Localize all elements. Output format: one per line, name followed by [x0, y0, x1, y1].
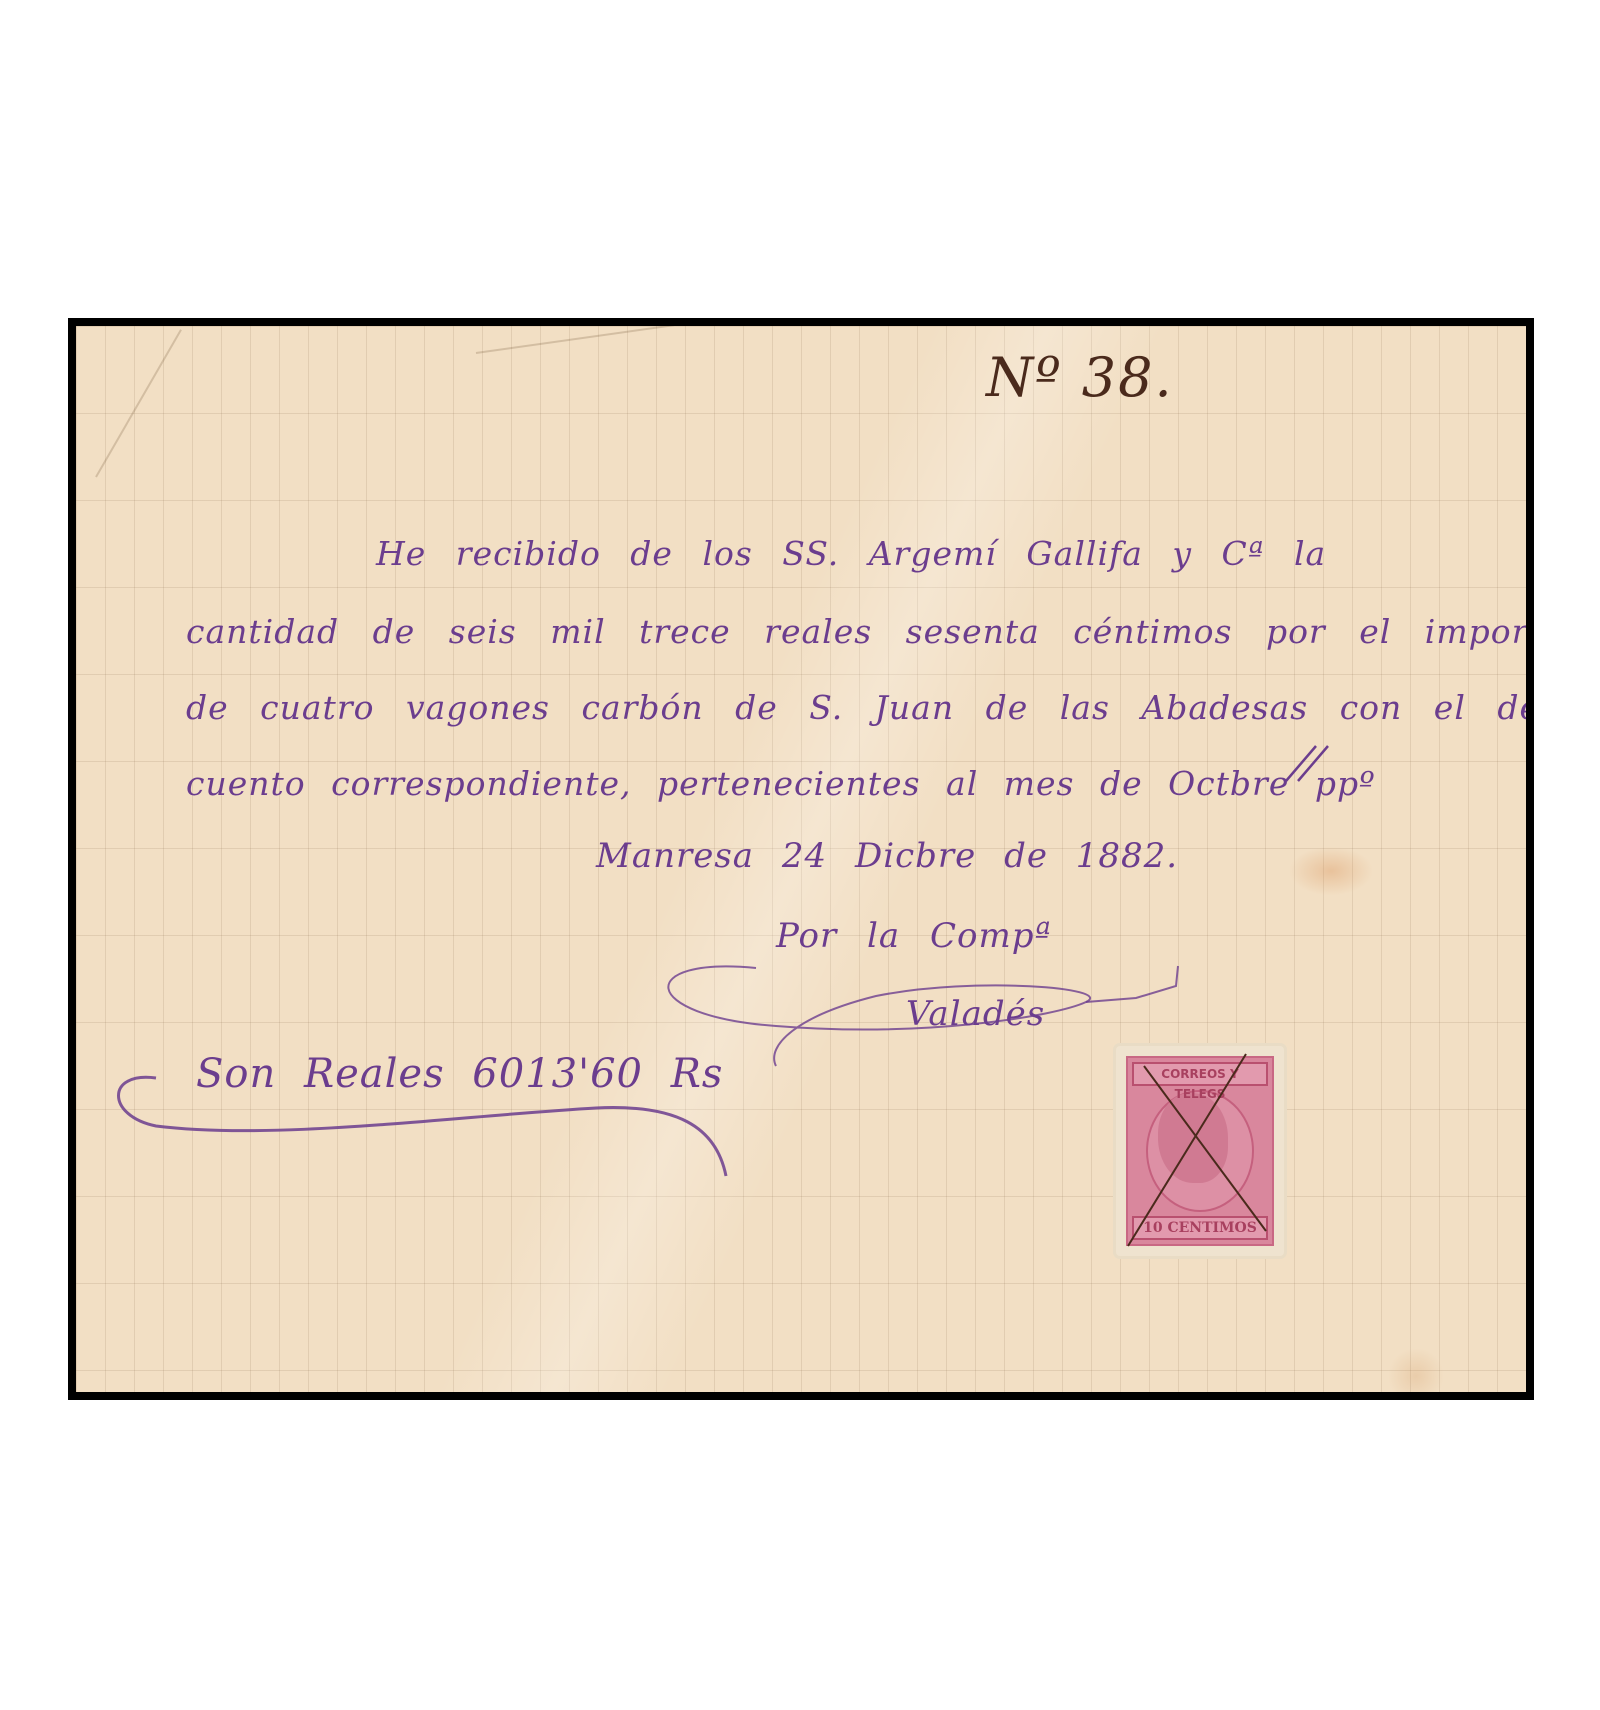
body-line-4: cuento correspondiente, pertenecientes a… — [186, 764, 1376, 803]
body-line-3: de cuatro vagones carbón de S. Juan de l… — [186, 688, 1526, 727]
signature: Valadés — [906, 994, 1045, 1034]
postage-stamp: CORREOS Y TELEGS 10 CENTIMOS — [1116, 1046, 1284, 1256]
closing-line: Por la Compª — [776, 916, 1052, 956]
body-line-2: cantidad de seis mil trece reales sesent… — [186, 612, 1526, 651]
body-line-1: He recibido de los SS. Argemí Gallifa y … — [376, 534, 1326, 573]
document-frame: Nº 38. He recibido de los SS. Argemí Gal… — [68, 318, 1534, 1400]
place-date: Manresa 24 Dicbre de 1882. — [596, 836, 1178, 876]
cancellation-x-icon — [1116, 1046, 1284, 1256]
receipt-paper: Nº 38. He recibido de los SS. Argemí Gal… — [76, 326, 1526, 1392]
amount-note: Son Reales 6013'60 Rs — [196, 1051, 723, 1097]
receipt-number: Nº 38. — [986, 346, 1174, 409]
paper-crease — [476, 326, 674, 354]
paper-crease — [95, 329, 182, 477]
